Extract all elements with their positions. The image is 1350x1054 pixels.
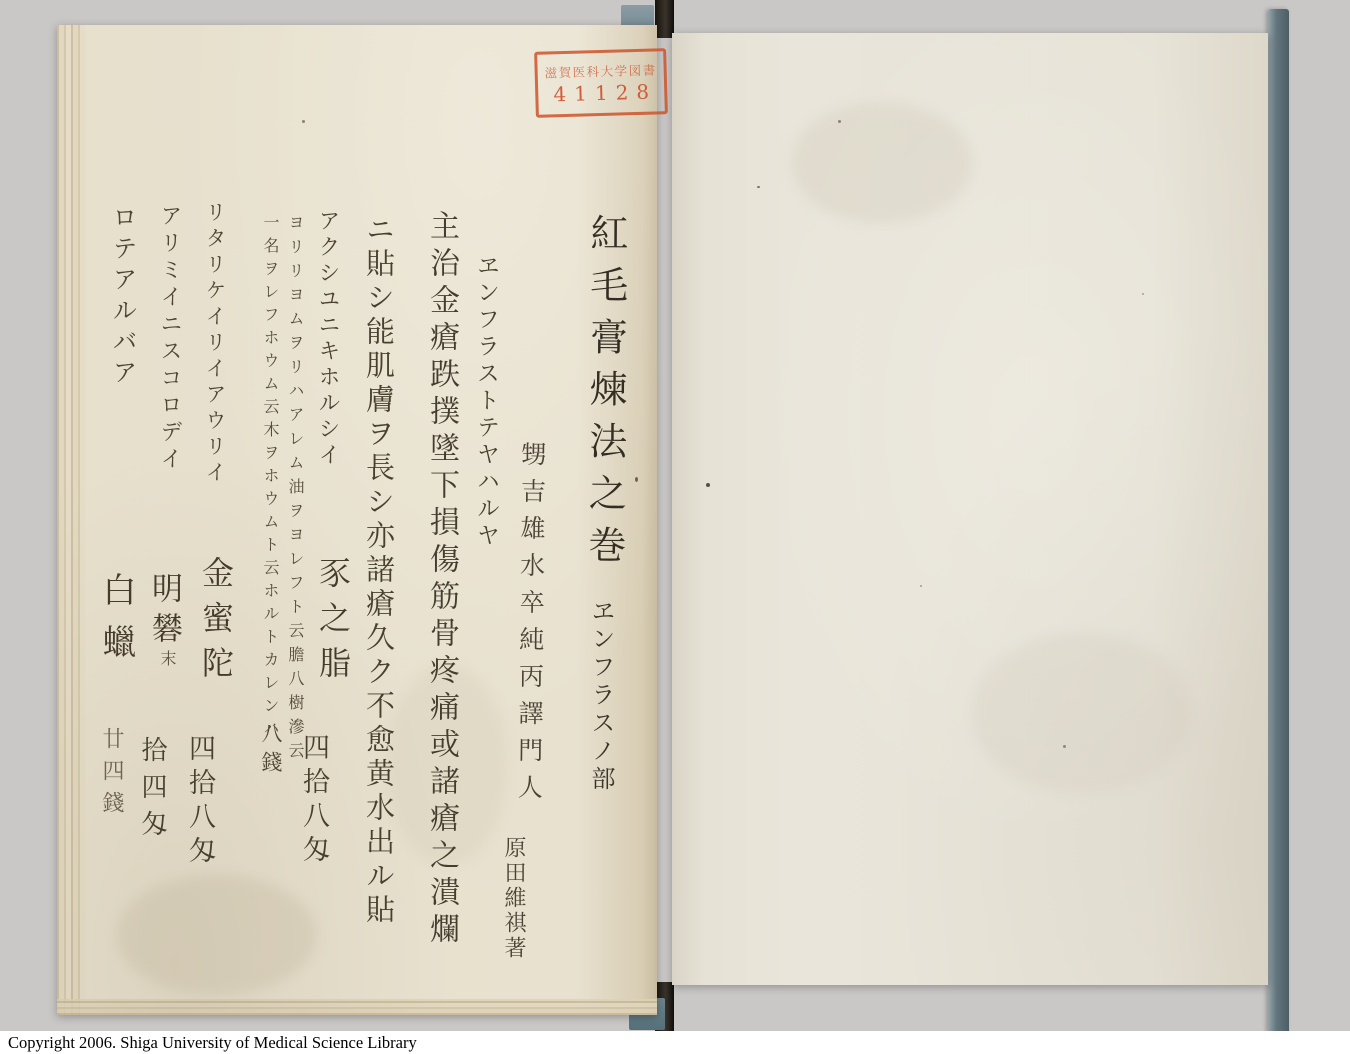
- stamp-number: 41128: [545, 79, 657, 106]
- paper-speck: [635, 477, 638, 482]
- ingredient-wax-kana: ロテアルバア: [105, 204, 141, 390]
- manuscript-photo: 滋賀医科大学図書 41128 紅毛膏煉法之巻 ヱンフラスノ部 甥吉雄水卒純丙譯門…: [0, 0, 1350, 1054]
- ingredient-kinmitsuda-name: 金蜜陀: [193, 556, 239, 691]
- paper-tone: [57, 25, 657, 1015]
- ingredient-kinmitsuda-qty: 四拾八匁: [180, 734, 219, 870]
- library-stamp: 滋賀医科大学図書 41128: [534, 48, 668, 118]
- paper-stain: [792, 103, 972, 223]
- paper-tone: [672, 33, 1268, 985]
- paper-speck: [1142, 293, 1144, 295]
- ingredient-alum-note: 末: [156, 650, 179, 666]
- ink-bleedthrough: [117, 875, 317, 995]
- copyright-text: Copyright 2006. Shiga University of Medi…: [8, 1033, 417, 1053]
- ingredient-wax-name: 白蠟: [92, 572, 141, 676]
- ingredient-note-left: 一名ヲレフホウム云木ヲホウムト云ホルトカレンハ: [259, 214, 282, 743]
- ingredient-alum-name: 明礬: [142, 572, 187, 652]
- author-column: 原田維祺著: [498, 836, 529, 961]
- ingredient-pig-fat-name: 豕之脂: [310, 556, 356, 691]
- paper-speck: [1063, 745, 1066, 748]
- heading-kana-column: ヱンフラストテヤハルヤ: [470, 253, 503, 550]
- paper-speck: [706, 483, 710, 487]
- ingredient-alum-qty: 拾四匁: [134, 736, 171, 847]
- title-column: 紅毛膏煉法之巻: [577, 213, 635, 577]
- left-manuscript-page: [57, 25, 657, 1015]
- right-blank-page: [672, 33, 1268, 985]
- copyright-bar: Copyright 2006. Shiga University of Medi…: [0, 1031, 1350, 1054]
- section-column: ヱンフラスノ部: [584, 598, 619, 794]
- ingredient-akushiyuniki-qty: 八錢: [256, 722, 286, 780]
- ingredient-kinmitsuda-kana: リタリケイリイアウリイ: [200, 201, 230, 487]
- paper-speck: [920, 585, 922, 587]
- ingredient-alum-kana: アリミイニスコロデイ: [154, 204, 185, 474]
- translator-column: 甥吉雄水卒純丙譯門人: [510, 441, 550, 811]
- paper-speck: [302, 120, 305, 123]
- ingredient-wax-qty: 廿四錢: [96, 727, 127, 823]
- ingredient-akushiyuniki-name: アクシユニキホルシイ: [312, 209, 343, 469]
- paper-speck: [757, 186, 760, 188]
- paper-stain: [972, 633, 1192, 793]
- ingredient-pig-fat-qty: 四拾八匁: [294, 733, 333, 869]
- ingredient-note-right: ヨリリヨムヲリハアレム油ヲヨレフト云膽八樹滲云: [284, 214, 307, 766]
- body-column-1: 主治金瘡跌撲墜下損傷筋骨疼痛或諸瘡之潰爛: [419, 210, 463, 950]
- paper-speck: [838, 120, 841, 123]
- stamp-institution: 滋賀医科大学図書: [544, 60, 656, 81]
- body-column-2: ニ貼シ能肌膚ヲ長シ亦諸瘡久ク不愈黄水出ル貼: [359, 214, 400, 928]
- book-cover-edge-right: [1268, 9, 1289, 1042]
